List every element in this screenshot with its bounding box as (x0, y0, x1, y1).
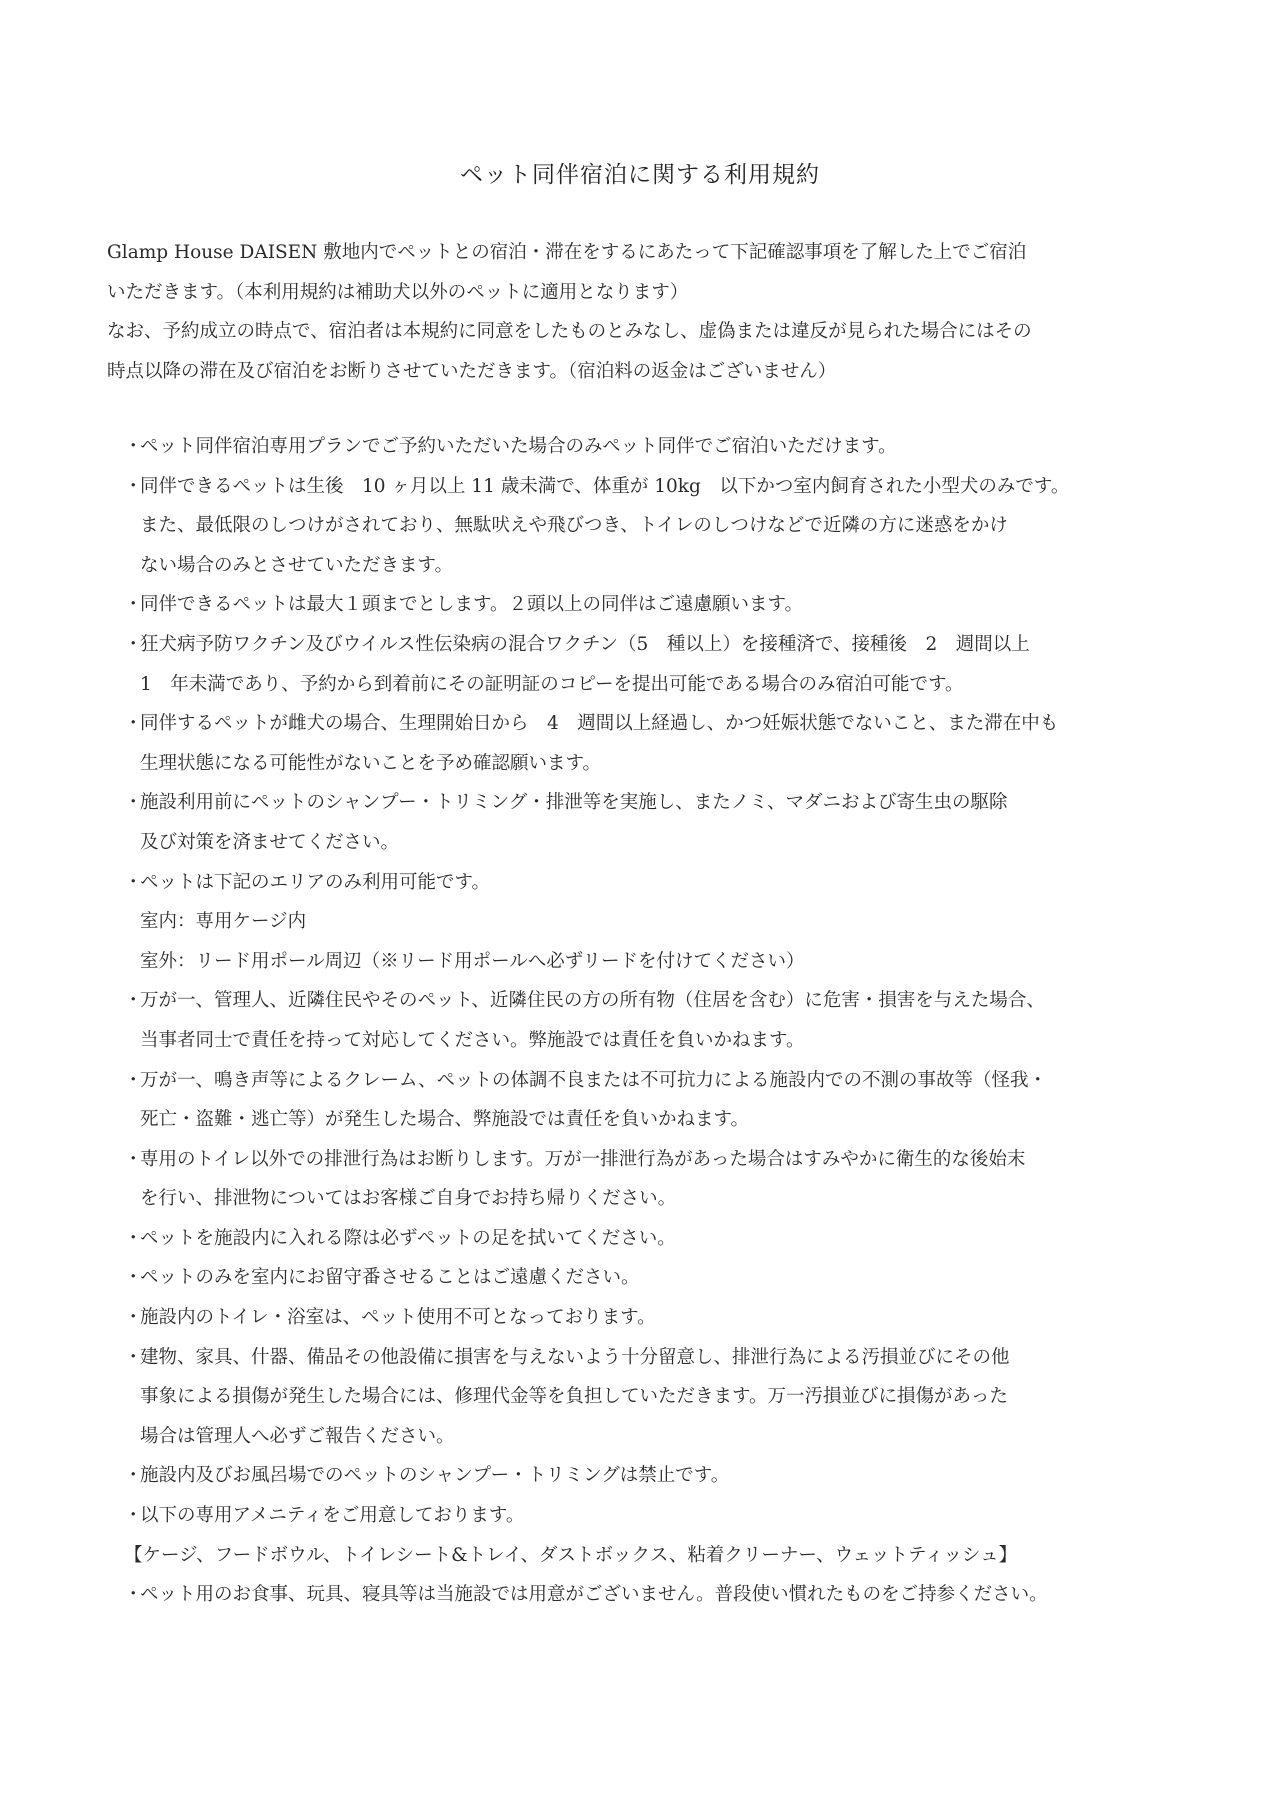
rule-text: 施設内のトイレ・浴室は、ペット使用不可となっております。 (140, 1307, 656, 1328)
rule-text: 及び対策を済ませてください。 (140, 832, 399, 853)
rule-continuation: 及び対策を済ませてください。 (124, 823, 1184, 863)
rule-item: ・ペット用のお食事、玩具、寝具等は当施設では用意がございません。普段使い慣れたも… (124, 1575, 1184, 1615)
intro-line: 時点以降の滞在及び宿泊をお断りさせていただきます。（宿泊料の返金はございません） (107, 352, 1187, 392)
bullet-icon: ・ (124, 1219, 140, 1259)
rule-continuation: 室内：専用ケージ内 (124, 902, 1184, 942)
document-page: ペット同伴宿泊に関する利用規約 Glamp House DAISEN 敷地内でペ… (0, 0, 1280, 1809)
bullet-icon: ・ (124, 981, 140, 1021)
rule-item: ・以下の専用アメニティをご用意しております。 (124, 1496, 1184, 1536)
amenity-list: 【ケージ、フードボウル、トイレシート&トレイ、ダストボックス、粘着クリーナー、ウ… (124, 1536, 1184, 1576)
intro-line: Glamp House DAISEN 敷地内でペットとの宿泊・滞在をするにあたっ… (107, 233, 1187, 273)
rule-item: ・万が一、管理人、近隣住民やそのペット、近隣住民の方の所有物（住居を含む）に危害… (124, 981, 1184, 1021)
rule-item: ・万が一、鳴き声等によるクレーム、ペットの体調不良または不可抗力による施設内での… (124, 1061, 1184, 1101)
rule-text: 場合は管理人へ必ずご報告ください。 (140, 1426, 455, 1447)
rule-text: ペットを施設内に入れる際は必ずペットの足を拭いてください。 (140, 1228, 676, 1249)
rule-text: ペットのみを室内にお留守番させることはご遠慮ください。 (140, 1267, 640, 1288)
rule-text: 室内：専用ケージ内 (140, 911, 306, 932)
rule-text: また、最低限のしつけがされており、無駄吠えや飛びつき、トイレのしつけなどで近隣の… (140, 515, 1008, 536)
rule-text: ない場合のみとさせていただきます。 (140, 555, 453, 576)
rule-continuation: を行い、排泄物についてはお客様ご自身でお持ち帰りください。 (124, 1179, 1184, 1219)
rule-item: ・施設利用前にペットのシャンプー・トリミング・排泄等を実施し、またノミ、マダニお… (124, 783, 1184, 823)
rule-text: 室外：リード用ポール周辺（※リード用ポールへ必ずリードを付けてください） (140, 951, 805, 972)
rule-text: 建物、家具、什器、備品その他設備に損害を与えないよう十分留意し、排泄行為による汚… (140, 1347, 1010, 1368)
rule-text: 以下の専用アメニティをご用意しております。 (140, 1505, 524, 1526)
rule-text: 死亡・盗難・逃亡等）が発生した場合、弊施設では責任を負いかねます。 (140, 1109, 749, 1130)
rule-text: 当事者同士で責任を持って対応してください。弊施設では責任を負いかねます。 (140, 1030, 805, 1051)
rule-item: ・同伴するペットが雌犬の場合、生理開始日から 4 週間以上経過し、かつ妊娠状態で… (124, 704, 1184, 744)
rule-item: ・同伴できるペットは生後 10 ヶ月以上 11 歳未満で、体重が 10kg 以下… (124, 467, 1184, 507)
rule-continuation: 室外：リード用ポール周辺（※リード用ポールへ必ずリードを付けてください） (124, 942, 1184, 982)
rule-item: ・狂犬病予防ワクチン及びウイルス性伝染病の混合ワクチン（5 種以上）を接種済で、… (124, 625, 1184, 665)
rule-text: 施設内及びお風呂場でのペットのシャンプー・トリミングは禁止です。 (140, 1465, 729, 1486)
rule-item: ・ペット同伴宿泊専用プランでご予約いただいた場合のみペット同伴でご宿泊いただけま… (124, 427, 1184, 467)
bullet-icon: ・ (124, 1575, 140, 1615)
rule-continuation: 事象による損傷が発生した場合には、修理代金等を負担していただきます。万一汚損並び… (124, 1377, 1184, 1417)
rule-item: ・ペットのみを室内にお留守番させることはご遠慮ください。 (124, 1258, 1184, 1298)
bullet-icon: ・ (124, 1298, 140, 1338)
rule-continuation: 死亡・盗難・逃亡等）が発生した場合、弊施設では責任を負いかねます。 (124, 1100, 1184, 1140)
rule-text: 同伴できるペットは生後 10 ヶ月以上 11 歳未満で、体重が 10kg 以下か… (140, 476, 1069, 497)
rules-list: ・ペット同伴宿泊専用プランでご予約いただいた場合のみペット同伴でご宿泊いただけま… (124, 427, 1184, 1615)
rule-text: ペット同伴宿泊専用プランでご予約いただいた場合のみペット同伴でご宿泊いただけます… (140, 436, 897, 457)
document-title: ペット同伴宿泊に関する利用規約 (0, 156, 1280, 189)
bullet-icon: ・ (124, 585, 140, 625)
rule-item: ・ペットを施設内に入れる際は必ずペットの足を拭いてください。 (124, 1219, 1184, 1259)
rule-continuation: 生理状態になる可能性がないことを予め確認願います。 (124, 744, 1184, 784)
bullet-icon: ・ (124, 1338, 140, 1378)
rule-text: ペット用のお食事、玩具、寝具等は当施設では用意がございません。普段使い慣れたもの… (140, 1584, 1048, 1605)
rule-text: ペットは下記のエリアのみ利用可能です。 (140, 872, 490, 893)
bullet-icon: ・ (124, 1140, 140, 1180)
rule-item: ・ペットは下記のエリアのみ利用可能です。 (124, 863, 1184, 903)
bullet-icon: ・ (124, 625, 140, 665)
rule-text: 生理状態になる可能性がないことを予め確認願います。 (140, 753, 601, 774)
bullet-icon: ・ (124, 1496, 140, 1536)
rule-item: ・施設内及びお風呂場でのペットのシャンプー・トリミングは禁止です。 (124, 1456, 1184, 1496)
rule-continuation: 当事者同士で責任を持って対応してください。弊施設では責任を負いかねます。 (124, 1021, 1184, 1061)
rule-text: 事象による損傷が発生した場合には、修理代金等を負担していただきます。万一汚損並び… (140, 1386, 1008, 1407)
rule-continuation: また、最低限のしつけがされており、無駄吠えや飛びつき、トイレのしつけなどで近隣の… (124, 506, 1184, 546)
bullet-icon: ・ (124, 1456, 140, 1496)
rule-item: ・同伴できるペットは最大１頭までとします。２頭以上の同伴はご遠慮願います。 (124, 585, 1184, 625)
rule-text: 同伴するペットが雌犬の場合、生理開始日から 4 週間以上経過し、かつ妊娠状態でな… (140, 713, 1058, 734)
bullet-icon: ・ (124, 704, 140, 744)
bullet-icon: ・ (124, 783, 140, 823)
rule-text: 【ケージ、フードボウル、トイレシート&トレイ、ダストボックス、粘着クリーナー、ウ… (124, 1545, 1017, 1566)
rule-text: を行い、排泄物についてはお客様ご自身でお持ち帰りください。 (140, 1188, 676, 1209)
bullet-icon: ・ (124, 1061, 140, 1101)
intro-line: なお、予約成立の時点で、宿泊者は本規約に同意をしたものとみなし、虚偽または違反が… (107, 312, 1187, 352)
rule-continuation: ない場合のみとさせていただきます。 (124, 546, 1184, 586)
bullet-icon: ・ (124, 863, 140, 903)
intro-section: Glamp House DAISEN 敷地内でペットとの宿泊・滞在をするにあたっ… (107, 233, 1187, 391)
rule-item: ・専用のトイレ以外での排泄行為はお断りします。万が一排泄行為があった場合はすみや… (124, 1140, 1184, 1180)
rule-continuation: 場合は管理人へ必ずご報告ください。 (124, 1417, 1184, 1457)
rule-item: ・建物、家具、什器、備品その他設備に損害を与えないよう十分留意し、排泄行為による… (124, 1338, 1184, 1378)
bullet-icon: ・ (124, 1258, 140, 1298)
bullet-icon: ・ (124, 467, 140, 507)
rule-text: 専用のトイレ以外での排泄行為はお断りします。万が一排泄行為があった場合はすみやか… (140, 1149, 1025, 1170)
rule-text: 万が一、鳴き声等によるクレーム、ペットの体調不良または不可抗力による施設内での不… (140, 1070, 1047, 1091)
rule-text: 同伴できるペットは最大１頭までとします。２頭以上の同伴はご遠慮願います。 (140, 594, 803, 615)
rule-text: 万が一、管理人、近隣住民やそのペット、近隣住民の方の所有物（住居を含む）に危害・… (140, 990, 1045, 1011)
intro-line: いただきます。（本利用規約は補助犬以外のペットに適用となります） (107, 273, 1187, 313)
rule-text: 1 年未満であり、予約から到着前にその証明証のコピーを提出可能である場合のみ宿泊… (140, 674, 964, 695)
rule-text: 狂犬病予防ワクチン及びウイルス性伝染病の混合ワクチン（5 種以上）を接種済で、接… (140, 634, 1030, 655)
rule-continuation: 1 年未満であり、予約から到着前にその証明証のコピーを提出可能である場合のみ宿泊… (124, 665, 1184, 705)
rule-text: 施設利用前にペットのシャンプー・トリミング・排泄等を実施し、またノミ、マダニおよ… (140, 792, 1007, 813)
rule-item: ・施設内のトイレ・浴室は、ペット使用不可となっております。 (124, 1298, 1184, 1338)
bullet-icon: ・ (124, 427, 140, 467)
